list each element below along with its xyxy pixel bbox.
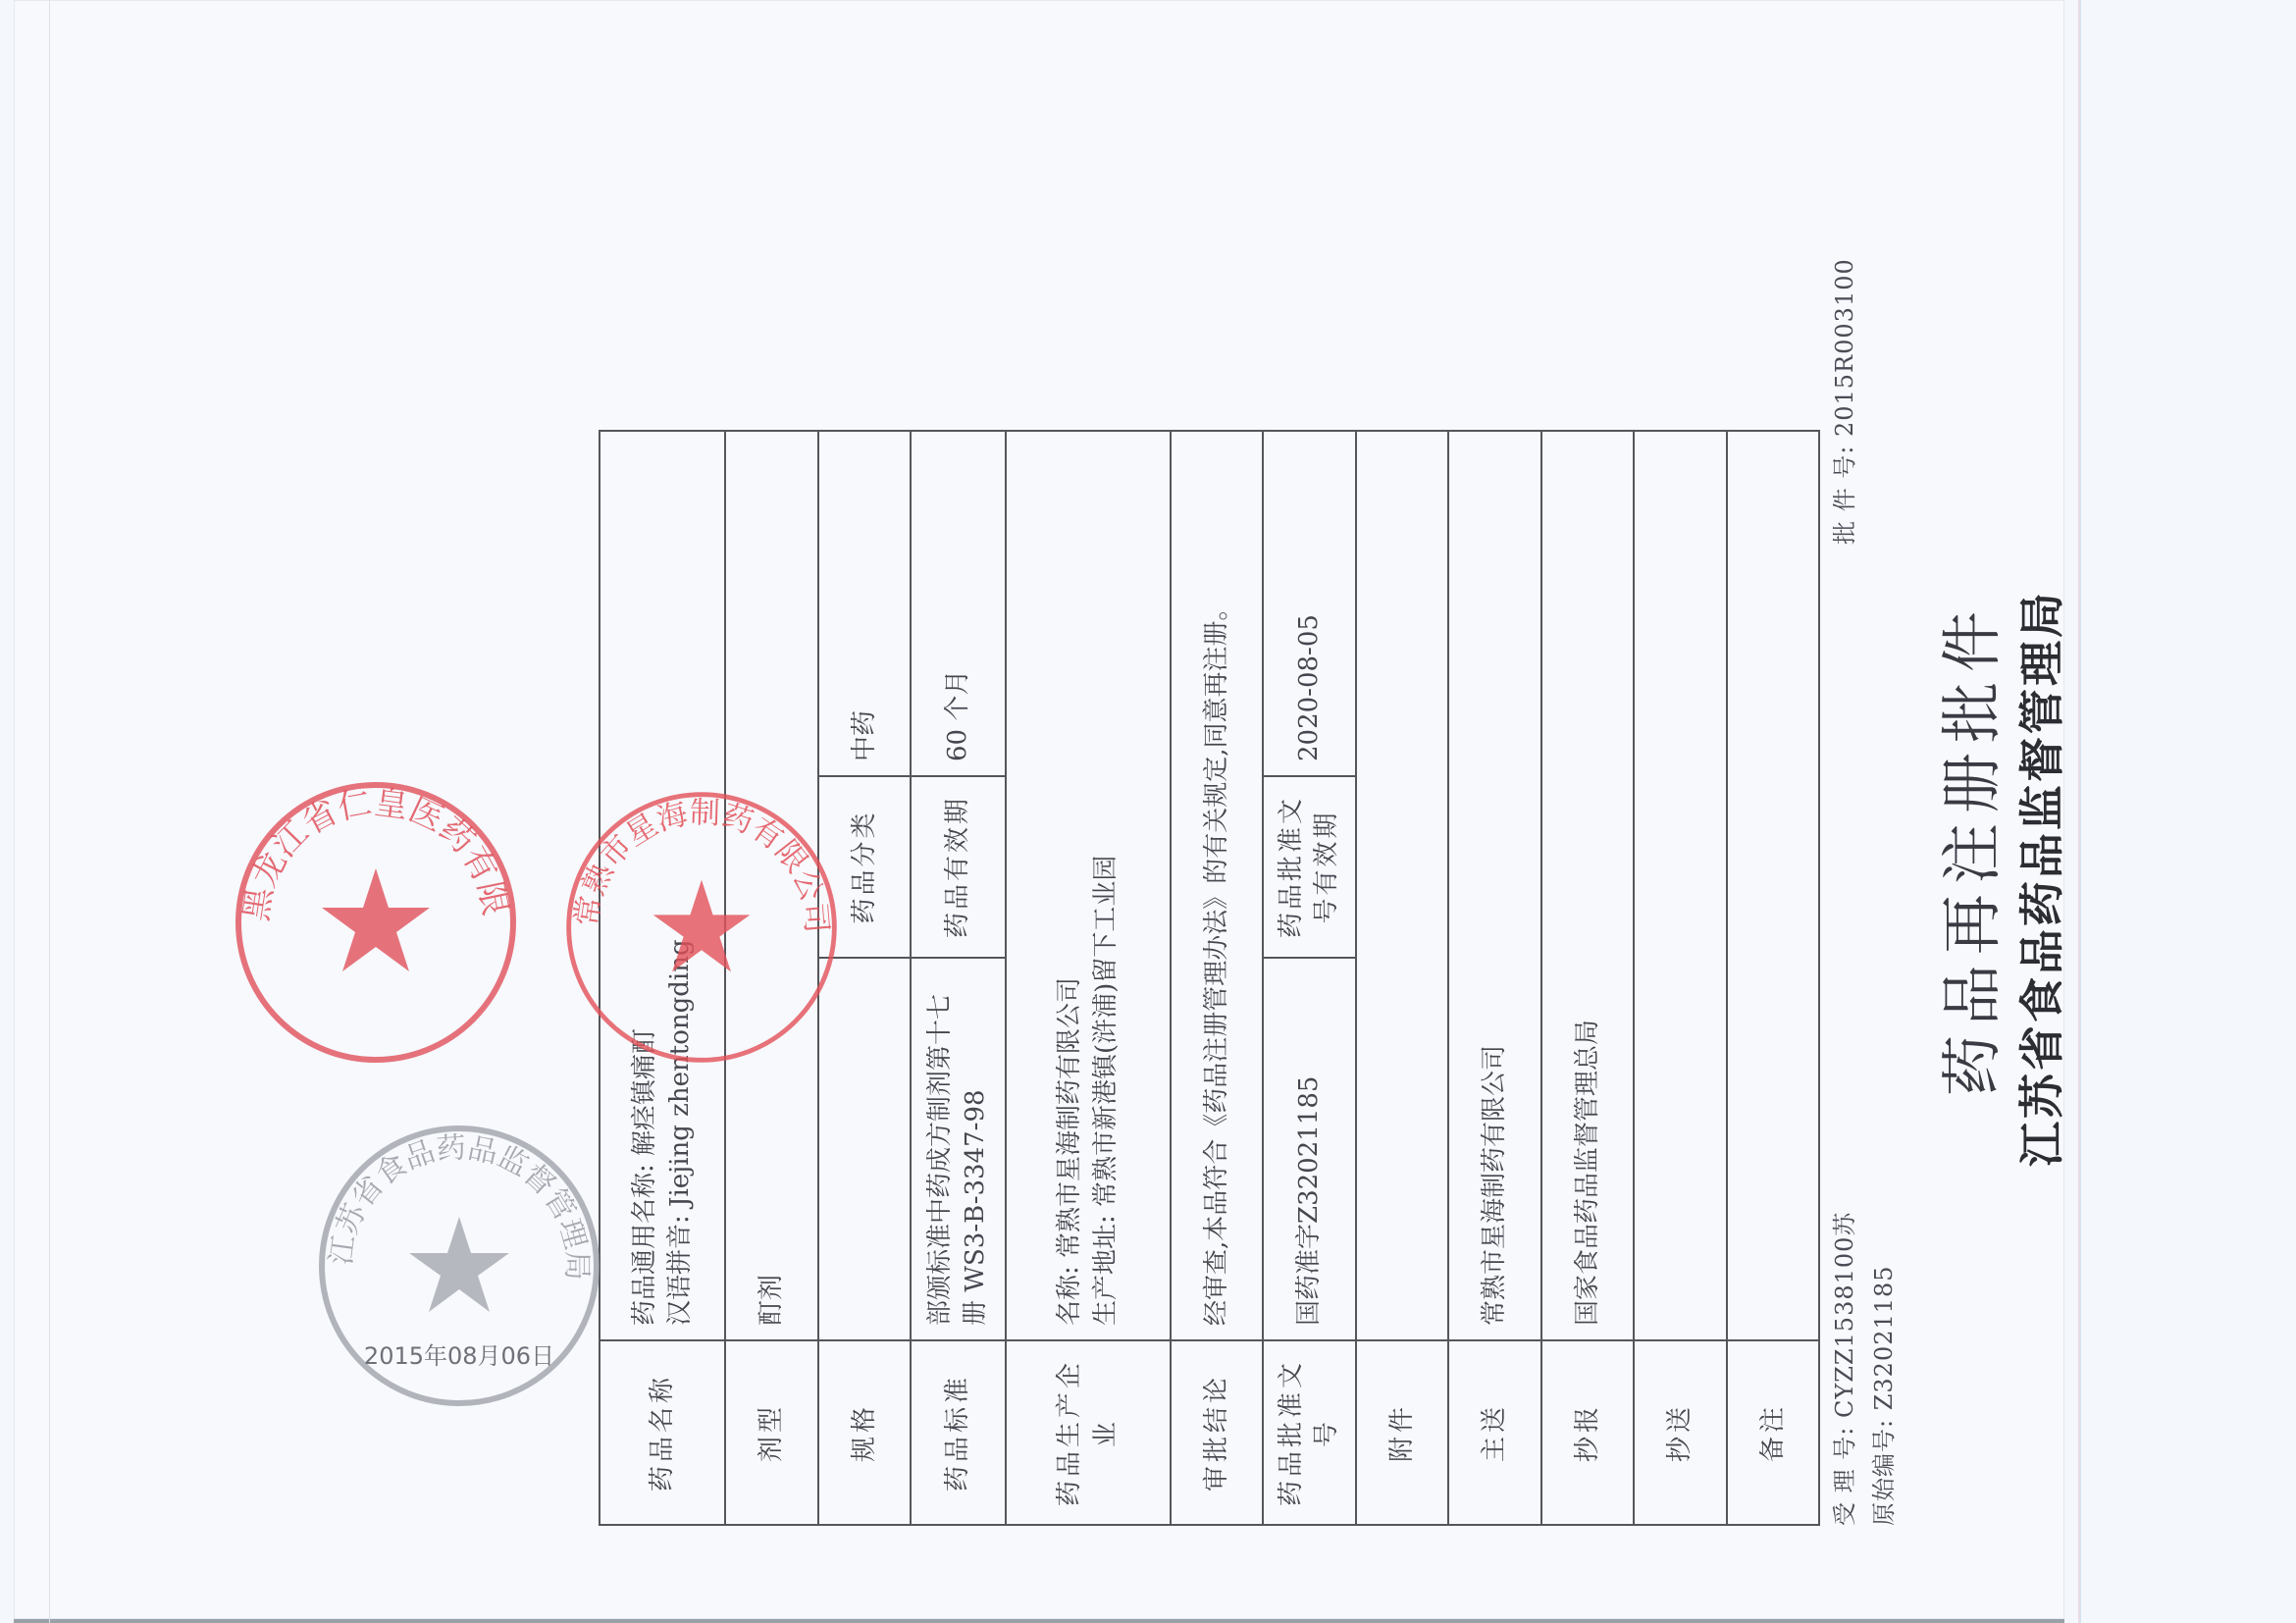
table-row: 抄送 [1634, 431, 1726, 1525]
seal-star-icon: 江苏省食品药品监督管理局 2015年08月06日 [312, 1119, 606, 1413]
acceptance-number: 受 理 号: CYZZ1538100苏 [1825, 1212, 1859, 1526]
manufacturer-name-value: 常熟市星海制药有限公司 [1055, 977, 1084, 1258]
conclusion-value: 经审查,本品符合《药品注册管理办法》的有关规定,同意再注册。 [1171, 431, 1263, 1340]
attachments-label: 附件 [1356, 1340, 1448, 1525]
approval-number-value: 2015R003100 [1831, 258, 1858, 437]
approval-validity-value: 2020-08-05 [1263, 431, 1355, 776]
original-number: 原始编号: Z32021185 [1864, 1265, 1899, 1526]
manufacturer-label: 药品生产企业 [1006, 1340, 1171, 1525]
shelf-life-value: 60 个月 [911, 431, 1006, 776]
seal-date: 2015年08月06日 [364, 1342, 554, 1370]
report-to-label: 抄报 [1541, 1340, 1634, 1525]
changshu-company-seal: 常熟市星海制药有限公司 [559, 785, 844, 1070]
remarks-label: 备注 [1727, 1340, 1820, 1525]
approval-validity-label: 药品批准文号有效期 [1263, 776, 1355, 958]
dosage-form-label: 剂型 [725, 1340, 817, 1525]
acceptance-number-value: CYZZ1538100苏 [1831, 1212, 1858, 1418]
remarks-value [1727, 431, 1820, 1340]
acceptance-number-label: 受 理 号: [1831, 1427, 1858, 1526]
copy-to-value [1634, 431, 1726, 1340]
heilongjiang-company-seal: 黑龙江省仁皇医药有限公司 [224, 775, 528, 1070]
report-to-value: 国家食品药品监督管理总局 [1541, 431, 1634, 1340]
table-row: 备注 [1727, 431, 1820, 1525]
conclusion-label: 审批结论 [1171, 1340, 1263, 1525]
copy-to-label: 抄送 [1634, 1340, 1726, 1525]
document-title: 药品再注册批件 [1923, 466, 2010, 1231]
table-row: 附件 [1356, 431, 1448, 1525]
drug-name-label: 药品名称 [600, 1340, 725, 1525]
table-row: 抄报 国家食品药品监督管理总局 [1541, 431, 1634, 1525]
original-number-label: 原始编号: [1870, 1419, 1898, 1526]
manufacturer-address-value: 常熟市新港镇(浒浦)留下工业园 [1091, 856, 1121, 1207]
drug-standard-value: 部颁标准中药成方制剂第十七册 WS3-B-3347-98 [911, 958, 1006, 1340]
scan-edge-left [49, 0, 50, 1623]
agency-name: 江苏省食品药品监督管理局 [2007, 496, 2071, 1261]
seal-star-icon: 黑龙江省仁皇医药有限公司 [224, 775, 528, 1070]
table-row: 药品批准文号 国药准字Z32021185 药品批准文号有效期 2020-08-0… [1263, 431, 1355, 1525]
manufacturer-address-label: 生产地址: [1091, 1215, 1121, 1326]
pinyin-label: 汉语拼音: [665, 1215, 695, 1326]
attachments-value [1356, 431, 1448, 1340]
shelf-life-label: 药品有效期 [911, 776, 1006, 958]
manufacturer-name-label: 名称: [1055, 1266, 1084, 1326]
approval-number-label: 批 件 号: [1831, 445, 1858, 545]
table-row: 药品生产企业 名称: 常熟市星海制药有限公司 生产地址: 常熟市新港镇(浒浦)留… [1006, 431, 1171, 1525]
approval-document-number: 批 件 号: 2015R003100 [1825, 258, 1859, 545]
drug-category-value: 中药 [818, 431, 911, 776]
jiangsu-agency-seal: 江苏省食品药品监督管理局 2015年08月06日 [312, 1119, 606, 1413]
table-row: 药品标准 部颁标准中药成方制剂第十七册 WS3-B-3347-98 药品有效期 … [911, 431, 1006, 1525]
approval-number-label: 药品批准文号 [1263, 1340, 1355, 1525]
manufacturer-cell: 名称: 常熟市星海制药有限公司 生产地址: 常熟市新港镇(浒浦)留下工业园 [1006, 431, 1171, 1340]
main-recipient-value: 常熟市星海制药有限公司 [1448, 431, 1540, 1340]
main-recipient-label: 主送 [1448, 1340, 1540, 1525]
generic-name-label: 药品通用名称: [630, 1164, 659, 1326]
seal-star-icon: 常熟市星海制药有限公司 [559, 785, 844, 1070]
approval-number-value: 国药准字Z32021185 [1263, 958, 1355, 1340]
table-row: 主送 常熟市星海制药有限公司 [1448, 431, 1540, 1525]
original-number-value: Z32021185 [1870, 1265, 1898, 1410]
drug-standard-label: 药品标准 [911, 1340, 1006, 1525]
specification-label: 规格 [818, 1340, 911, 1525]
table-row: 审批结论 经审查,本品符合《药品注册管理办法》的有关规定,同意再注册。 [1171, 431, 1263, 1525]
